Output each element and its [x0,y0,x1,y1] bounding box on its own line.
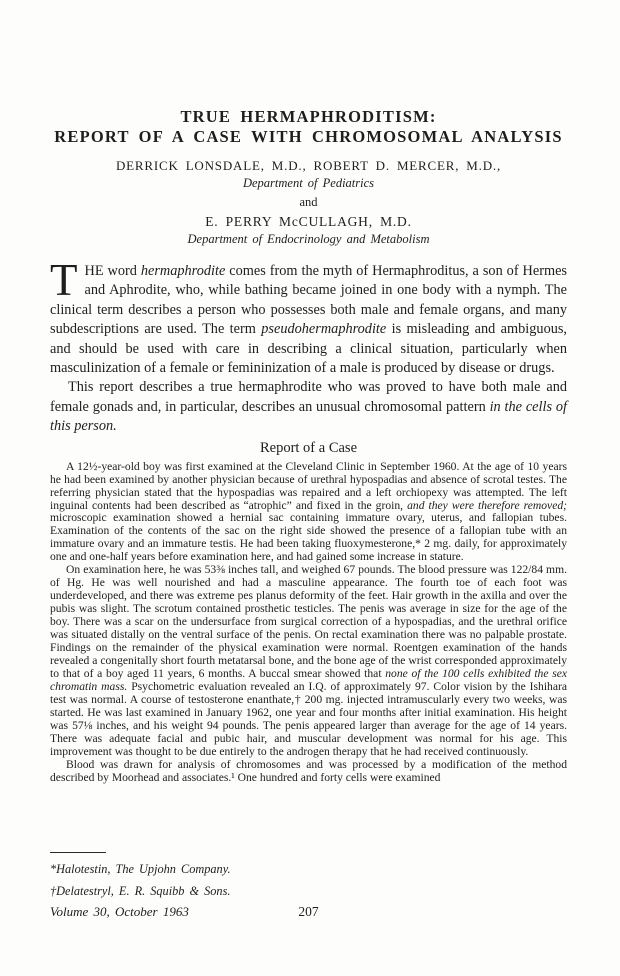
drop-cap: T [50,262,85,298]
article-title-line1: TRUE HERMAPHRODITISM: [50,107,567,127]
intro-paragraph: THE word hermaphrodite comes from the my… [50,262,567,378]
case-paragraph: Blood was drawn for analysis of chromoso… [50,759,567,785]
affiliation-pediatrics: Department of Pediatrics [50,176,567,191]
introduction-section: THE word hermaphrodite comes from the my… [50,262,567,437]
authors-line1: DERRICK LONSDALE, M.D., ROBERT D. MERCER… [50,158,567,174]
page-content: TRUE HERMAPHRODITISM: REPORT OF A CASE W… [50,0,567,784]
page-number: 207 [50,904,567,920]
authors-conjunction: and [50,195,567,209]
section-heading: Report of a Case [50,439,567,458]
case-paragraph: A 12½-year-old boy was first examined at… [50,461,567,565]
intro-paragraph-text: HE word hermaphrodite comes from the myt… [50,263,567,376]
footnote-rule [50,852,106,853]
affiliation-endocrinology: Department of Endocrinology and Metaboli… [50,232,567,247]
article-title: TRUE HERMAPHRODITISM: REPORT OF A CASE W… [50,107,567,147]
intro-paragraph: This report describes a true hermaphrodi… [50,378,567,436]
footnotes-block: *Halotestin, The Upjohn Company. †Delate… [50,852,567,906]
footnote-delatestryl: †Delatestryl, E. R. Squibb & Sons. [50,884,567,898]
case-paragraph: On examination here, he was 53⅜ inches t… [50,564,567,758]
journal-page: TRUE HERMAPHRODITISM: REPORT OF A CASE W… [0,0,620,976]
page-footer: Volume 30, October 1963 207 [50,904,567,922]
authors-line2: E. PERRY McCULLAGH, M.D. [50,214,567,230]
case-report-section: A 12½-year-old boy was first examined at… [50,461,567,785]
article-title-line2: REPORT OF A CASE WITH CHROMOSOMAL ANALYS… [50,127,567,147]
footnote-halotestin: *Halotestin, The Upjohn Company. [50,862,567,876]
